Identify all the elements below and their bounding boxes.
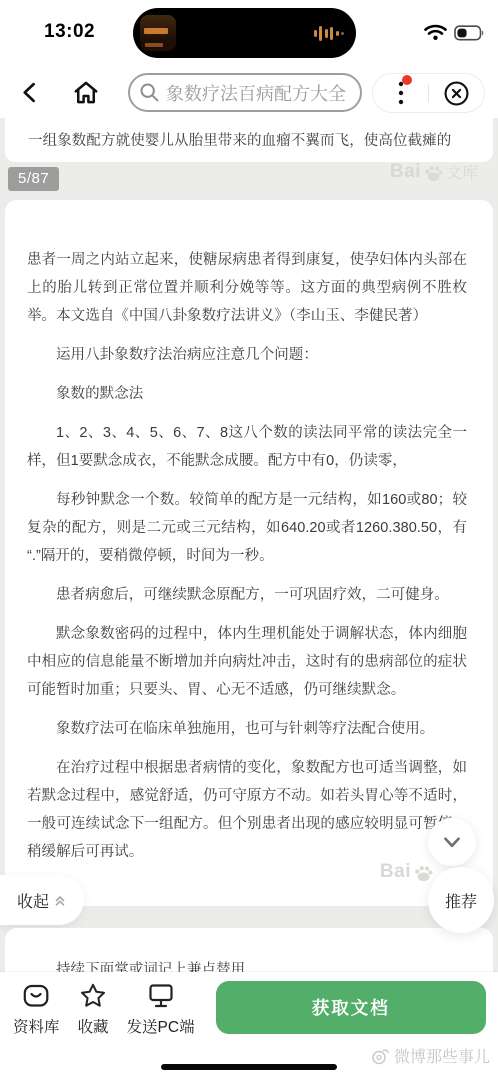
paw-icon: [423, 163, 444, 183]
notification-dot: [402, 75, 412, 85]
prev-page-text: 一组象数配方就使婴儿从胎里带来的血瘤不翼而飞，使高位截瘫的: [5, 118, 493, 162]
paragraph: 患者一周之内站立起来，使糖尿病患者得到康复，使孕妇体内头部在上的胎儿转到正常位置…: [27, 246, 467, 330]
recommend-label: 推荐: [445, 889, 477, 912]
get-document-button[interactable]: 获取文档: [216, 981, 486, 1034]
paragraph: 每秒钟默念一个数。较简单的配方是一元结构，如160或80；较复杂的配方，则是二元…: [27, 486, 467, 570]
status-bar: 13:02: [0, 0, 498, 68]
search-icon: [139, 82, 160, 103]
weibo-logo-icon: [370, 1046, 390, 1066]
send-to-pc-button[interactable]: 发送PC端: [118, 981, 204, 1037]
close-circle-icon: [442, 79, 471, 108]
baidu-watermark-partial: Bai: [380, 861, 434, 883]
scroll-down-button[interactable]: [428, 818, 476, 866]
browser-nav-bar: 象数疗法百病配方大全: [0, 68, 498, 118]
baidu-wenku-watermark: Bai 文库: [390, 160, 478, 183]
double-chevron-up-icon: [53, 893, 67, 907]
search-placeholder: 象数疗法百病配方大全: [166, 80, 346, 106]
home-button[interactable]: [72, 79, 100, 107]
library-label: 资料库: [13, 1015, 60, 1037]
paragraph: 运用八卦象数疗法治病应注意几个问题：: [27, 341, 467, 369]
more-menu-button[interactable]: [373, 76, 428, 111]
home-indicator[interactable]: [161, 1064, 337, 1070]
dynamic-island[interactable]: [133, 8, 356, 58]
browser-capsule: [372, 73, 485, 113]
back-button[interactable]: [18, 80, 43, 105]
battery-icon: [454, 25, 485, 41]
paragraph: 默念象数密码的过程中，体内生理机能处于调解状态，体内细胞中相应的信息能量不断增加…: [27, 620, 467, 704]
recommend-button[interactable]: 推荐: [428, 867, 494, 933]
favorite-button[interactable]: 收藏: [69, 981, 118, 1037]
document-page: 患者一周之内站立起来，使糖尿病患者得到康复，使孕妇体内头部在上的胎儿转到正常位置…: [5, 200, 493, 906]
weibo-watermark: 微博那些事儿: [370, 1044, 490, 1067]
monitor-icon: [146, 981, 176, 1011]
wifi-icon: [424, 24, 447, 41]
clock: 13:02: [44, 21, 95, 43]
page-indicator-badge: 5/87: [8, 167, 59, 191]
send-to-pc-label: 发送PC端: [127, 1015, 195, 1037]
library-icon: [21, 981, 51, 1011]
star-icon: [78, 981, 108, 1011]
home-icon: [72, 79, 100, 107]
search-input[interactable]: 象数疗法百病配方大全: [128, 73, 362, 112]
weibo-watermark-text: 微博那些事儿: [394, 1044, 490, 1067]
audio-waveform-icon: [314, 26, 345, 41]
paragraph: 象数的默念法: [27, 380, 467, 408]
paragraph: 患者病愈后，可继续默念原配方，一可巩固疗效，二可健身。: [27, 581, 467, 609]
paragraph: 1、2、3、4、5、6、7、8这八个数的读法同平常的读法完全一样，但1要默念成衣…: [27, 419, 467, 475]
paragraph: 象数疗法可在临床单独施用，也可与针刺等疗法配合使用。: [27, 715, 467, 743]
paragraph: 在治疗过程中根据患者病情的变化，象数配方也可适当调整，如若默念过程中，感觉舒适，…: [27, 754, 467, 866]
chevron-down-icon: [440, 830, 464, 854]
chevron-left-icon: [18, 80, 43, 105]
paw-icon: [413, 863, 434, 883]
close-button[interactable]: [429, 79, 484, 108]
favorite-label: 收藏: [78, 1015, 109, 1037]
collapse-button[interactable]: 收起: [0, 875, 84, 925]
collapse-label: 收起: [17, 889, 49, 912]
library-button[interactable]: 资料库: [4, 981, 69, 1037]
audio-app-thumbnail-icon: [140, 15, 176, 51]
